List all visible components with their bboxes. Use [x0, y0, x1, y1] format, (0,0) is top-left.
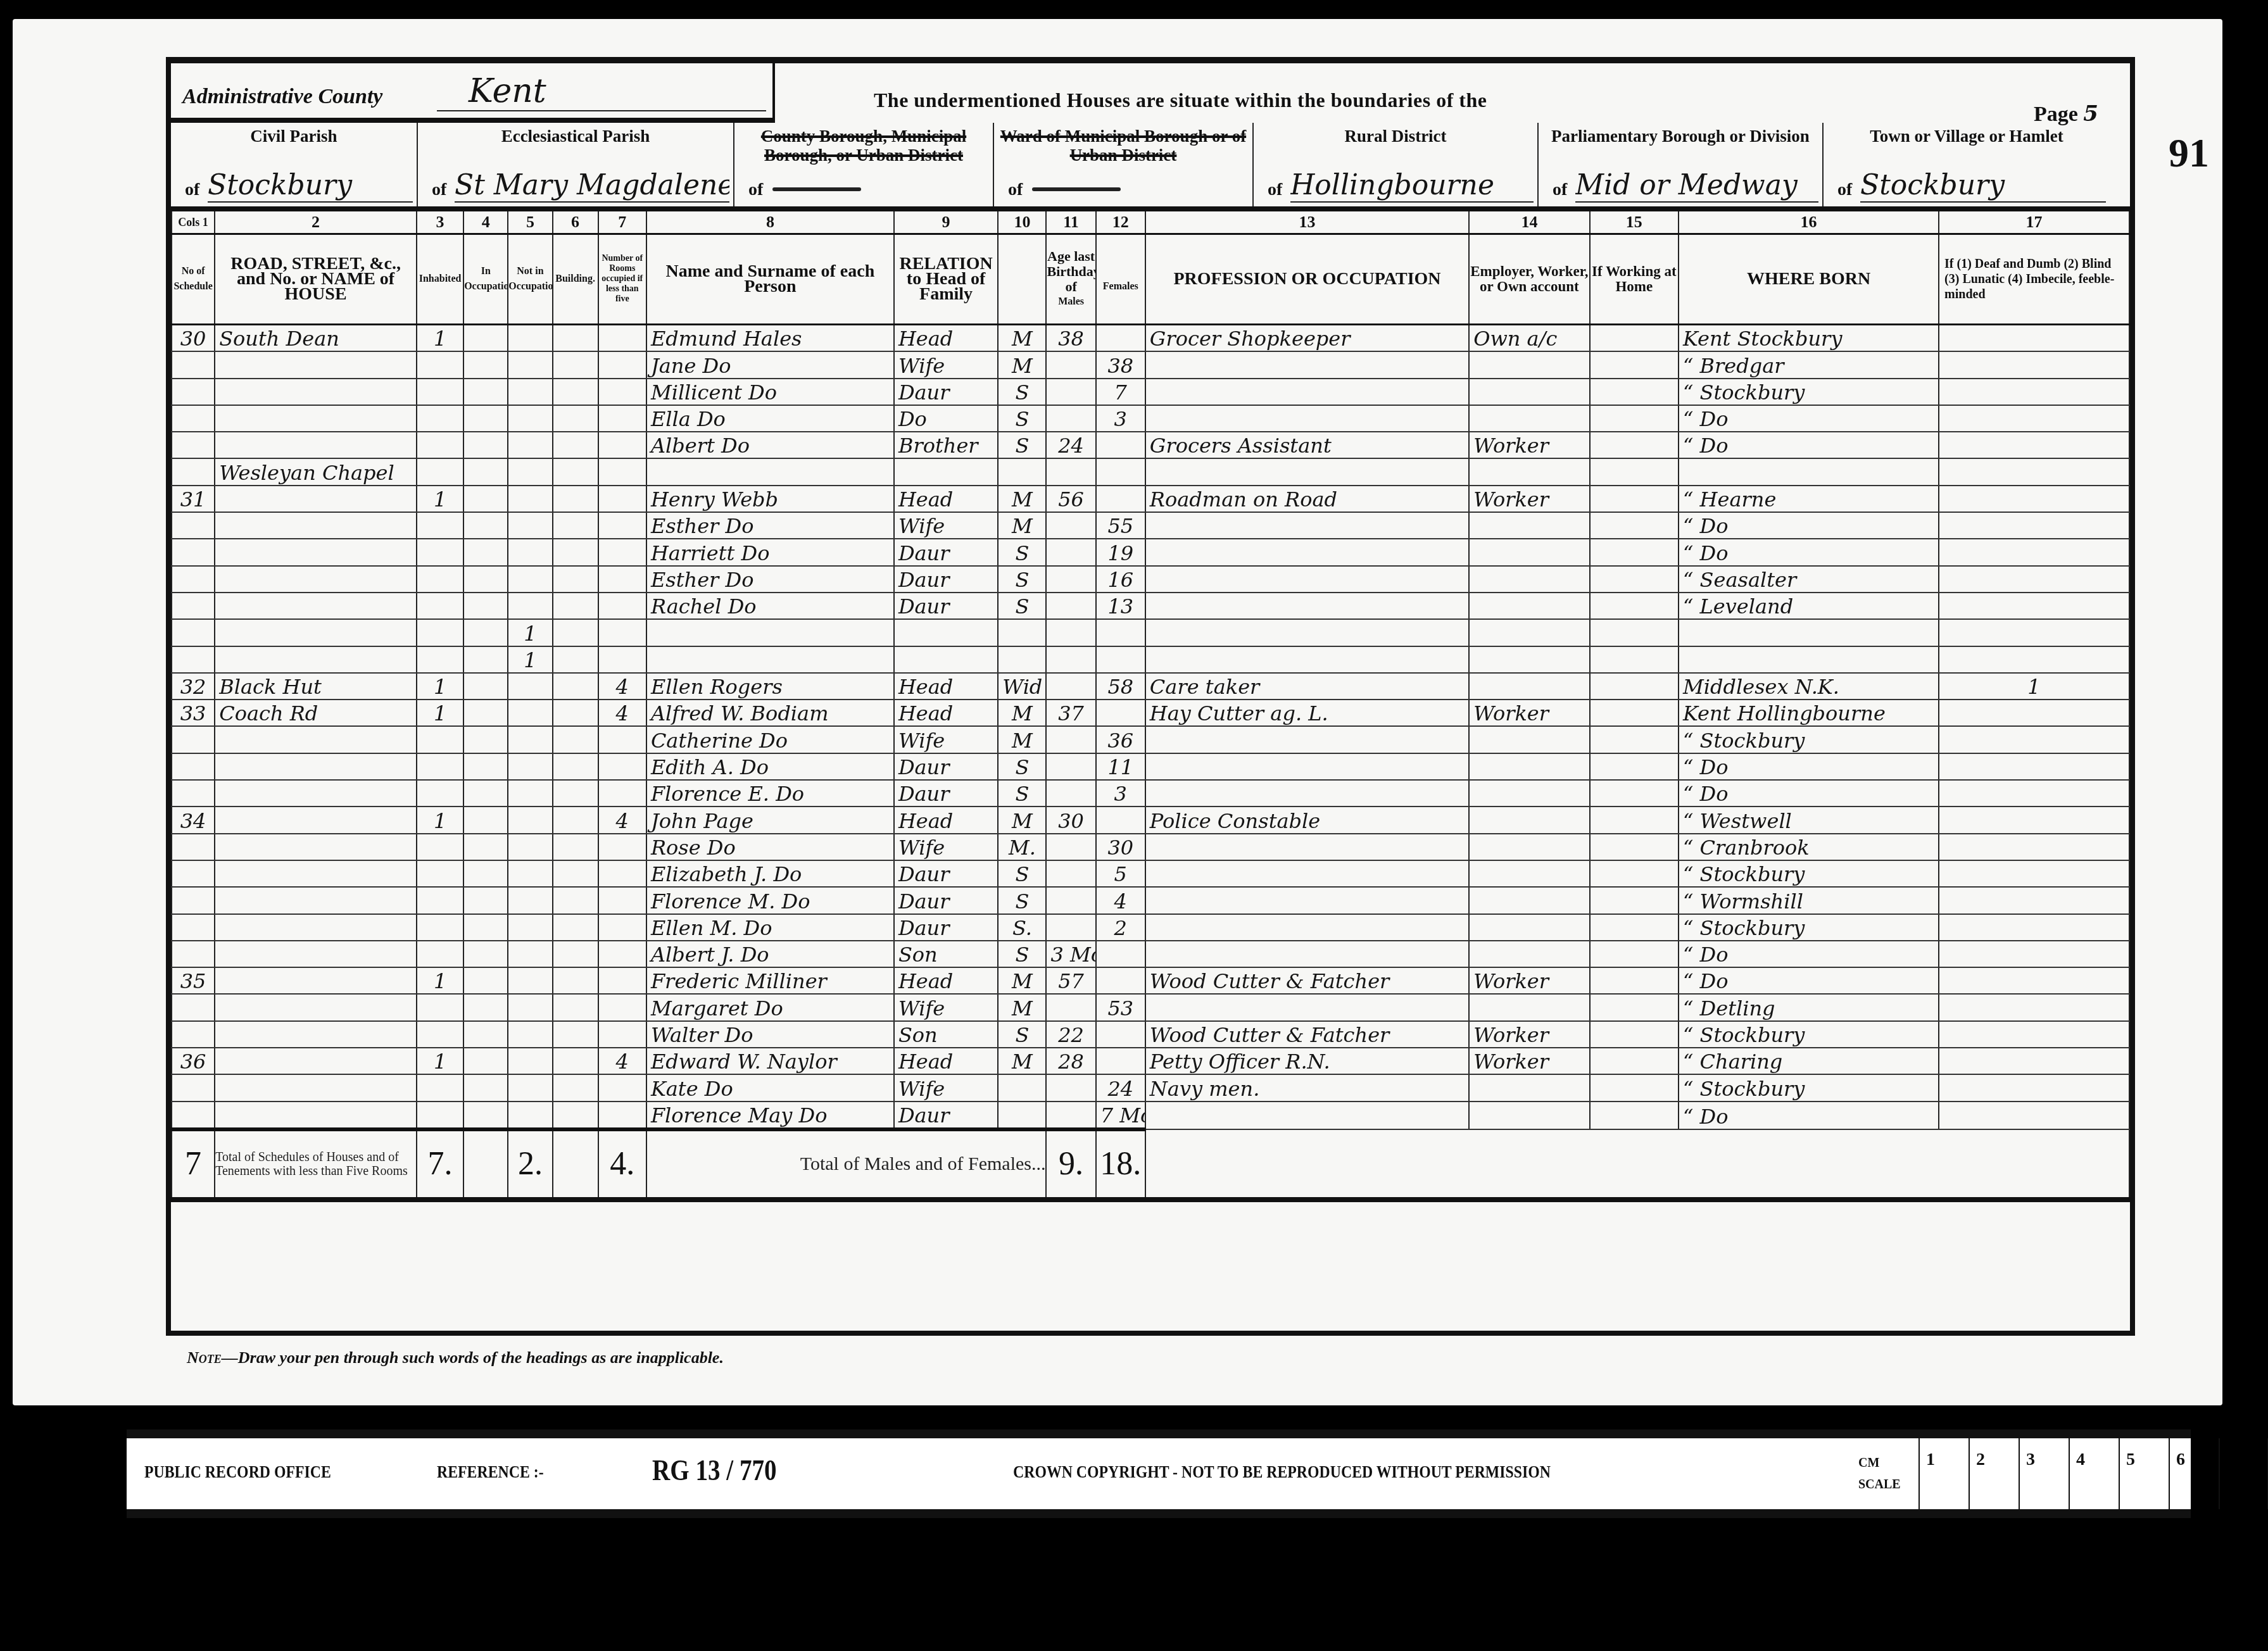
cell-building: [553, 432, 598, 458]
cell-rel: Daur: [894, 887, 998, 913]
cell-rel: Head: [894, 325, 998, 352]
cell-occ: [1145, 593, 1469, 619]
cell-house: [215, 994, 417, 1020]
cell-female: 19: [1096, 539, 1145, 565]
cell-uninh-not: 1: [508, 619, 552, 646]
head-building: Building.: [553, 234, 598, 325]
cell-rel: Wife: [894, 834, 998, 860]
footer-office: PUBLIC RECORD OFFICE: [144, 1462, 331, 1483]
cell-male: [1046, 566, 1095, 593]
table-row: Florence M. DoDaurS4“ Wormshill: [172, 887, 2129, 913]
cell-building: [553, 1048, 598, 1074]
cell-inh: 1: [417, 325, 463, 352]
col-number: 8: [646, 211, 894, 234]
cell-sched: 34: [172, 807, 215, 833]
cell-uninh-not: [508, 780, 552, 807]
cell-rel: Daur: [894, 914, 998, 941]
cell-inf: [1939, 780, 2129, 807]
cell-born: “ Do: [1679, 780, 1939, 807]
cell-home: [1590, 700, 1679, 726]
cell-occ: Grocer Shopkeeper: [1145, 325, 1469, 352]
cell-inf: [1939, 646, 2129, 673]
cell-female: [1096, 432, 1145, 458]
scale-label-scale: SCALE: [1858, 1474, 1901, 1495]
head-relation: RELATION to Head of Family: [894, 234, 998, 325]
table-row: Millicent DoDaurS7“ Stockbury: [172, 379, 2129, 405]
cell-uninh-not: [508, 1048, 552, 1074]
cell-house: [215, 967, 417, 994]
cell-inf: [1939, 994, 2129, 1020]
cell-home: [1590, 1021, 1679, 1048]
cell-name: Ellen M. Do: [646, 914, 894, 941]
cell-cond: M: [998, 700, 1046, 726]
cell-cond: M: [998, 726, 1046, 753]
cell-male: [1046, 1074, 1095, 1101]
boundary-value: Mid or Medway: [1575, 169, 1818, 203]
boundary-label: Parliamentary Borough or Division: [1539, 127, 1822, 146]
cell-emp: [1469, 941, 1589, 967]
cell-cond: S: [998, 941, 1046, 967]
cell-male: [1046, 593, 1095, 619]
cell-cond: M: [998, 512, 1046, 539]
cell-name: Florence E. Do: [646, 780, 894, 807]
cell-name: Florence May Do: [646, 1102, 894, 1129]
cell-uninh-in: [463, 914, 508, 941]
cell-female: 24: [1096, 1074, 1145, 1101]
cell-building: [553, 486, 598, 512]
boundary-value: Hollingbourne: [1290, 169, 1534, 203]
cell-male: 28: [1046, 1048, 1095, 1074]
household-table-wrap: Cols 1234567891011121314151617 No of Sch…: [171, 211, 2130, 1202]
cell-rel: Head: [894, 700, 998, 726]
cell-rooms: [598, 432, 646, 458]
cell-sched: [172, 1102, 215, 1129]
cell-uninh-not: 1: [508, 646, 552, 673]
table-row: 32Black Hut14Ellen RogersHeadWid58Care t…: [172, 673, 2129, 700]
cell-male: [1046, 726, 1095, 753]
cell-uninh-in: [463, 432, 508, 458]
footer-copyright: CROWN COPYRIGHT - NOT TO BE REPRODUCED W…: [1013, 1462, 1551, 1483]
cell-rel: Daur: [894, 566, 998, 593]
cell-house: [215, 726, 417, 753]
cell-name: Alfred W. Bodiam: [646, 700, 894, 726]
cell-rel: Daur: [894, 539, 998, 565]
cell-inh: [417, 432, 463, 458]
cell-rel: Daur: [894, 593, 998, 619]
cell-born: [1679, 619, 1939, 646]
cell-rel: Head: [894, 486, 998, 512]
cell-emp: [1469, 887, 1589, 913]
cell-occ: [1145, 914, 1469, 941]
cell-female: 13: [1096, 593, 1145, 619]
cell-sched: [172, 646, 215, 673]
cell-emp: Worker: [1469, 486, 1589, 512]
cell-house: [215, 351, 417, 378]
cell-home: [1590, 994, 1679, 1020]
cell-home: [1590, 753, 1679, 780]
cell-home: [1590, 593, 1679, 619]
cell-born: “ Do: [1679, 405, 1939, 432]
cell-sched: [172, 860, 215, 887]
cell-occ: [1145, 458, 1469, 485]
cell-female: [1096, 1021, 1145, 1048]
of-label: of: [432, 180, 446, 200]
cell-emp: [1469, 994, 1589, 1020]
head-inhabited: Inhabited: [417, 234, 463, 325]
cell-rel: Head: [894, 807, 998, 833]
cell-inf: [1939, 887, 2129, 913]
cell-uninh-not: [508, 860, 552, 887]
cell-inh: [417, 887, 463, 913]
cell-born: Kent Hollingbourne: [1679, 700, 1939, 726]
head-employer: Employer, Worker, or Own account: [1469, 234, 1589, 325]
cell-born: “ Do: [1679, 753, 1939, 780]
head-rooms: Number of Rooms occupied if less than fi…: [598, 234, 646, 325]
cell-inf: [1939, 1048, 2129, 1074]
cell-rooms: 4: [598, 807, 646, 833]
cell-occ: [1145, 780, 1469, 807]
cell-occ: [1145, 753, 1469, 780]
cell-inf: [1939, 458, 2129, 485]
cell-inh: [417, 780, 463, 807]
cell-rooms: [598, 1074, 646, 1101]
total-females: 18.: [1096, 1129, 1145, 1200]
cell-sched: [172, 619, 215, 646]
cell-rooms: [598, 619, 646, 646]
folio-number: 91: [2169, 130, 2209, 177]
cell-born: “ Charing: [1679, 1048, 1939, 1074]
cell-female: [1096, 458, 1145, 485]
cell-rel: Daur: [894, 753, 998, 780]
cell-uninh-in: [463, 726, 508, 753]
footer-reference-label: REFERENCE :-: [437, 1462, 544, 1483]
cell-rooms: [598, 914, 646, 941]
cell-emp: Worker: [1469, 1048, 1589, 1074]
cell-home: [1590, 780, 1679, 807]
cell-rooms: [598, 405, 646, 432]
cell-building: [553, 673, 598, 700]
cell-sched: [172, 834, 215, 860]
head-males-text: Males: [1047, 294, 1095, 310]
cell-inf: [1939, 351, 2129, 378]
cell-building: [553, 1074, 598, 1101]
cell-inh: [417, 914, 463, 941]
cell-sched: [172, 726, 215, 753]
col-number: 12: [1096, 211, 1145, 234]
cell-house: [215, 860, 417, 887]
cell-uninh-in: [463, 379, 508, 405]
cell-home: [1590, 512, 1679, 539]
cell-male: [1046, 914, 1095, 941]
cell-occ: Hay Cutter ag. L.: [1145, 700, 1469, 726]
cell-rel: Brother: [894, 432, 998, 458]
admin-county-label: Administrative County: [182, 85, 382, 109]
col-number: 9: [894, 211, 998, 234]
cell-emp: [1469, 619, 1589, 646]
table-row: Florence May DoDaur7 Mo“ Do: [172, 1102, 2129, 1129]
cell-house: [215, 1102, 417, 1129]
cell-uninh-not: [508, 994, 552, 1020]
cell-inf: [1939, 405, 2129, 432]
cell-emp: [1469, 914, 1589, 941]
cell-cond: Wid: [998, 673, 1046, 700]
cell-cond: S: [998, 539, 1046, 565]
cell-rel: Head: [894, 1048, 998, 1074]
cell-uninh-in: [463, 486, 508, 512]
cell-uninh-not: [508, 432, 552, 458]
cell-sched: [172, 379, 215, 405]
cell-name: Kate Do: [646, 1074, 894, 1101]
cell-uninh-not: [508, 673, 552, 700]
cell-uninh-in: [463, 700, 508, 726]
cell-rel: Wife: [894, 512, 998, 539]
col-number: 11: [1046, 211, 1095, 234]
cell-male: [1046, 512, 1095, 539]
cell-emp: [1469, 566, 1589, 593]
cell-cond: [998, 1074, 1046, 1101]
cell-born: “ Stockbury: [1679, 1074, 1939, 1101]
cell-inf: [1939, 807, 2129, 833]
cell-uninh-in: [463, 458, 508, 485]
cell-cond: M: [998, 994, 1046, 1020]
col-number: 5: [508, 211, 552, 234]
cell-inh: 1: [417, 486, 463, 512]
cell-occ: [1145, 1102, 1469, 1129]
cell-sched: 36: [172, 1048, 215, 1074]
cell-cond: [998, 1102, 1046, 1129]
cell-cond: M: [998, 1048, 1046, 1074]
cell-inh: [417, 351, 463, 378]
cell-rooms: [598, 941, 646, 967]
cell-name: Millicent Do: [646, 379, 894, 405]
cell-house: [215, 1048, 417, 1074]
cell-inf: [1939, 914, 2129, 941]
cell-cond: S: [998, 753, 1046, 780]
table-row: 1: [172, 619, 2129, 646]
cell-sched: [172, 458, 215, 485]
cell-emp: [1469, 673, 1589, 700]
col-number: 15: [1590, 211, 1679, 234]
cell-male: [1046, 887, 1095, 913]
cell-sched: 32: [172, 673, 215, 700]
cell-cond: S: [998, 432, 1046, 458]
cell-born: [1679, 646, 1939, 673]
cell-rooms: [598, 379, 646, 405]
cell-house: [215, 1074, 417, 1101]
cell-uninh-not: [508, 834, 552, 860]
table-row: 311Henry WebbHeadM56Roadman on RoadWorke…: [172, 486, 2129, 512]
totals-blank: [1145, 1129, 2129, 1200]
cell-inh: [417, 619, 463, 646]
table-row: Albert J. DoSonS3 Mo“ Do: [172, 941, 2129, 967]
cell-sched: [172, 753, 215, 780]
cell-home: [1590, 941, 1679, 967]
cell-name: [646, 646, 894, 673]
cell-house: [215, 646, 417, 673]
cell-occ: [1145, 539, 1469, 565]
cell-house: [215, 379, 417, 405]
cell-name: Edward W. Naylor: [646, 1048, 894, 1074]
cell-emp: [1469, 593, 1589, 619]
of-label: of: [1268, 180, 1282, 200]
boundary-label: Ecclesiastical Parish: [418, 127, 733, 146]
boundaries-row: Civil ParishofStockburyEcclesiastical Pa…: [171, 123, 2130, 211]
cell-emp: [1469, 726, 1589, 753]
cell-rooms: [598, 753, 646, 780]
cell-born: “ Stockbury: [1679, 379, 1939, 405]
note-prefix: Note: [187, 1348, 222, 1367]
cell-building: [553, 593, 598, 619]
cell-occ: [1145, 619, 1469, 646]
cell-inf: [1939, 619, 2129, 646]
scale-mark-end: [2219, 1438, 2268, 1509]
cell-cond: S: [998, 860, 1046, 887]
cell-male: [1046, 458, 1095, 485]
cell-born: “ Do: [1679, 967, 1939, 994]
cell-home: [1590, 673, 1679, 700]
cell-emp: Worker: [1469, 1021, 1589, 1048]
cell-female: [1096, 1048, 1145, 1074]
archive-footer: PUBLIC RECORD OFFICE REFERENCE :- RG 13 …: [127, 1429, 2191, 1518]
cell-born: “ Westwell: [1679, 807, 1939, 833]
boundary-label: Town or Village or Hamlet: [1824, 127, 2110, 146]
cell-emp: [1469, 405, 1589, 432]
cell-born: “ Hearne: [1679, 486, 1939, 512]
cell-home: [1590, 914, 1679, 941]
cell-uninh-in: [463, 1102, 508, 1129]
cell-emp: Worker: [1469, 967, 1589, 994]
cell-female: 38: [1096, 351, 1145, 378]
boundary-label: Ward of Municipal Borough or of Urban Di…: [994, 127, 1252, 165]
cell-occ: [1145, 994, 1469, 1020]
boundary-2: County Borough, Municipal Borough, or Ur…: [734, 123, 994, 206]
cell-inh: [417, 405, 463, 432]
cell-home: [1590, 967, 1679, 994]
cell-house: [215, 807, 417, 833]
cell-female: 3: [1096, 405, 1145, 432]
cell-female: [1096, 807, 1145, 833]
cell-building: [553, 726, 598, 753]
cell-uninh-not: [508, 486, 552, 512]
boundary-0: Civil ParishofStockbury: [171, 123, 418, 206]
cell-home: [1590, 432, 1679, 458]
cell-cond: S: [998, 1021, 1046, 1048]
cell-male: 57: [1046, 967, 1095, 994]
cell-uninh-in: [463, 941, 508, 967]
cell-female: 36: [1096, 726, 1145, 753]
cell-born: “ Stockbury: [1679, 726, 1939, 753]
cell-sched: [172, 941, 215, 967]
cell-male: [1046, 780, 1095, 807]
col-number: 16: [1679, 211, 1939, 234]
table-row: Edith A. DoDaurS11“ Do: [172, 753, 2129, 780]
cell-female: 16: [1096, 566, 1145, 593]
cell-name: [646, 458, 894, 485]
scale-mark: 6: [2169, 1438, 2219, 1509]
table-row: Harriett DoDaurS19“ Do: [172, 539, 2129, 565]
cell-house: [215, 512, 417, 539]
cell-uninh-not: [508, 379, 552, 405]
cell-born: “ Do: [1679, 1102, 1939, 1129]
col-number: Cols 1: [172, 211, 215, 234]
cell-emp: [1469, 458, 1589, 485]
cell-born: “ Do: [1679, 941, 1939, 967]
cell-house: [215, 539, 417, 565]
cell-rel: Wife: [894, 994, 998, 1020]
cell-occ: [1145, 726, 1469, 753]
cell-female: 3: [1096, 780, 1145, 807]
cell-born: “ Do: [1679, 432, 1939, 458]
cell-uninh-not: [508, 351, 552, 378]
cell-name: Esther Do: [646, 512, 894, 539]
cell-building: [553, 860, 598, 887]
cell-uninh-in: [463, 325, 508, 352]
of-label: of: [1553, 180, 1567, 200]
cell-occ: [1145, 379, 1469, 405]
cell-house: [215, 780, 417, 807]
cell-home: [1590, 646, 1679, 673]
cell-sched: [172, 351, 215, 378]
cell-male: [1046, 673, 1095, 700]
cell-occ: [1145, 941, 1469, 967]
cell-sched: 33: [172, 700, 215, 726]
cell-uninh-in: [463, 673, 508, 700]
cell-name: Edmund Hales: [646, 325, 894, 352]
cell-uninh-not: [508, 566, 552, 593]
head-where-born: WHERE BORN: [1679, 234, 1939, 325]
cell-born: “ Do: [1679, 539, 1939, 565]
cell-inh: 1: [417, 700, 463, 726]
cell-rooms: [598, 780, 646, 807]
cell-uninh-not: [508, 458, 552, 485]
col-number: 13: [1145, 211, 1469, 234]
cell-home: [1590, 1074, 1679, 1101]
table-row: Rose DoWifeM.30“ Cranbrook: [172, 834, 2129, 860]
cell-inf: [1939, 967, 2129, 994]
cell-rel: [894, 646, 998, 673]
cell-male: [1046, 405, 1095, 432]
cell-inh: 1: [417, 1048, 463, 1074]
cell-male: 30: [1046, 807, 1095, 833]
cell-rooms: [598, 325, 646, 352]
blank-dash: [1032, 187, 1121, 191]
cell-house: [215, 432, 417, 458]
scale-mark: 5: [2119, 1438, 2169, 1509]
cell-rel: Wife: [894, 726, 998, 753]
cell-cond: S: [998, 887, 1046, 913]
scale-mark: 3: [2019, 1438, 2069, 1509]
cell-cond: M: [998, 967, 1046, 994]
of-label: of: [185, 180, 199, 200]
cell-male: 24: [1046, 432, 1095, 458]
boundary-label: County Borough, Municipal Borough, or Ur…: [734, 127, 993, 165]
cell-occ: [1145, 887, 1469, 913]
cell-house: [215, 593, 417, 619]
cell-home: [1590, 351, 1679, 378]
cell-uninh-in: [463, 1021, 508, 1048]
cell-uninh-not: [508, 539, 552, 565]
col-number: 6: [553, 211, 598, 234]
household-rows: 30South Dean1Edmund HalesHeadM38Grocer S…: [172, 325, 2129, 1129]
cell-male: [1046, 994, 1095, 1020]
cell-rel: Daur: [894, 860, 998, 887]
cell-home: [1590, 1048, 1679, 1074]
column-headings: No of Schedule ROAD, STREET, &c., and No…: [172, 234, 2129, 325]
cell-inh: [417, 941, 463, 967]
cell-occ: [1145, 351, 1469, 378]
cell-building: [553, 539, 598, 565]
boundary-6: Town or Village or HamletofStockbury: [1824, 123, 2110, 206]
